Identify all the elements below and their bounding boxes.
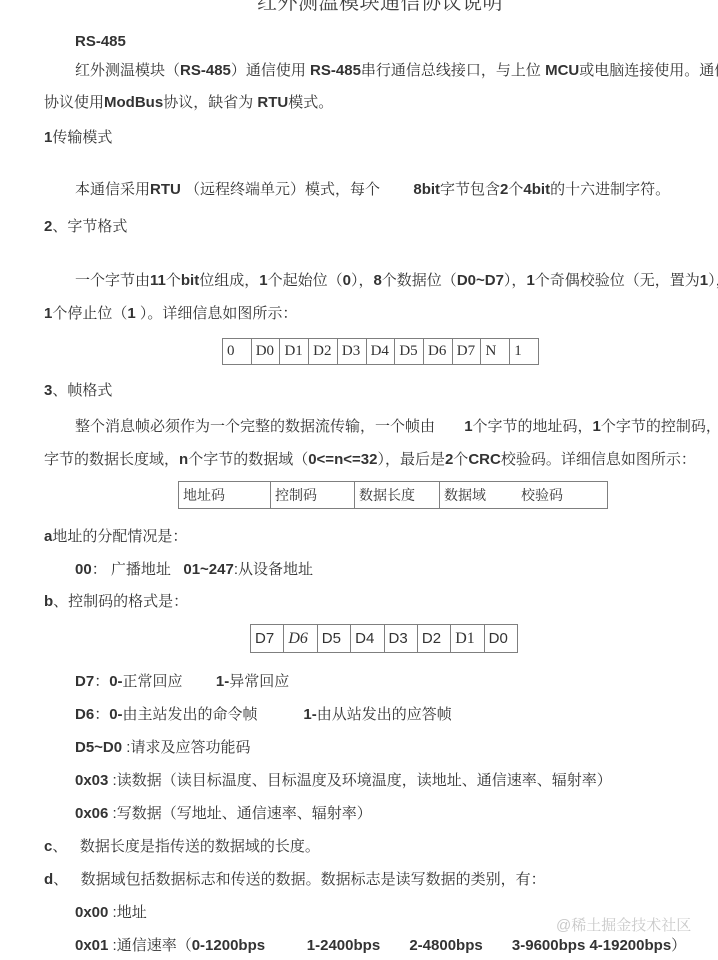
line-d7-definition: D7：0-正常回应 1-异常回应 [75,673,289,690]
table-cell: D3 [337,339,366,365]
table-cell: 1 [510,339,539,365]
line-0x00-address: 0x00 :地址 [75,904,147,921]
document-title: 红外测温模块通信协议说明 [21,0,718,14]
item-c-data-length: c、 数据长度是指传送的数据域的长度。 [44,838,320,855]
paragraph-transmission-mode: 本通信采用RTU （远程终端单元）模式，每个 8bit字节包含2个4bit的十六… [75,181,670,198]
table-cell: 控制码 [271,482,355,509]
byte-format-table: 0 D0 D1 D2 D3 D4 D5 D6 D7 N 1 [222,338,539,365]
table-cell: D5 [317,625,350,653]
table-cell: 数据域 校验码 [440,482,608,509]
table-cell: D4 [366,339,395,365]
item-d-data-field: d、 数据域包括数据标志和传送的数据。数据标志是读写数据的类别，有： [44,871,546,888]
table-cell: D4 [351,625,384,653]
paragraph-intro-line2: 协议使用ModBus协议，缺省为 RTU模式。 [44,94,333,111]
paragraph-byte-format-line1: 一个字节由11个bit位组成，1个起始位（0），8个数据位（D0~D7），1个奇… [75,272,718,289]
paragraph-frame-format-line1: 整个消息帧必须作为一个完整的数据流传输，一个帧由 1个字节的地址码，1个字节的控… [75,418,718,435]
table-cell: D2 [309,339,338,365]
line-address-values: 00： 广播地址 01~247:从设备地址 [75,561,313,578]
table-cell: 数据长度 [355,482,440,509]
table-cell: D2 [417,625,450,653]
line-d5-d0-definition: D5~D0 :请求及应答功能码 [75,739,250,756]
paragraph-frame-format-line2: 字节的数据长度域，n个字节的数据域（0<=n<=32），最后是2个CRC校验码。… [44,451,696,468]
item-a-address-allocation: a地址的分配情况是： [44,528,187,545]
control-code-table: D7 D6 D5 D4 D3 D2 D1 D0 [250,624,518,653]
frame-format-table: 地址码 控制码 数据长度 数据域 校验码 [178,481,608,509]
table-cell: D6 [284,625,317,653]
paragraph-intro-line1: 红外测温模块（RS-485）通信使用 RS-485串行通信总线接口，与上位 MC… [75,62,718,79]
paragraph-byte-format-line2: 1个停止位（1 ）。详细信息如图所示： [44,305,297,322]
heading-rs485: RS-485 [75,33,126,50]
document-page: 红外测温模块通信协议说明 RS-485 红外测温模块（RS-485）通信使用 R… [0,0,718,960]
watermark: @稀土掘金技术社区 [556,917,691,934]
table-cell: 0 [223,339,252,365]
table-row: 0 D0 D1 D2 D3 D4 D5 D6 D7 N 1 [223,339,539,365]
table-cell: D7 [251,625,284,653]
table-cell: 地址码 [179,482,271,509]
table-cell: D3 [384,625,417,653]
table-cell: N [481,339,510,365]
table-cell: D0 [251,339,280,365]
line-d6-definition: D6：0-由主站发出的命令帧 1-由从站发出的应答帧 [75,706,452,723]
heading-frame-format: 3、帧格式 [44,382,112,399]
table-cell: D7 [452,339,481,365]
table-row: 地址码 控制码 数据长度 数据域 校验码 [179,482,608,509]
table-cell: D6 [424,339,453,365]
heading-byte-format: 2、字节格式 [44,218,127,235]
table-cell: D0 [484,625,517,653]
item-b-control-code-format: b、控制码的格式是： [44,593,188,610]
table-cell: D5 [395,339,424,365]
line-0x03-read-data: 0x03 :读数据（读目标温度、目标温度及环境温度，读地址、通信速率、辐射率） [75,772,612,789]
line-0x01-baud-rate: 0x01 :通信速率（0-1200bps 1-2400bps 2-4800bps… [75,937,686,954]
table-cell: D1 [451,625,484,653]
heading-transmission-mode: 1传输模式 [44,129,112,146]
table-cell: D1 [280,339,309,365]
line-0x06-write-data: 0x06 :写数据（写地址、通信速率、辐射率） [75,805,372,822]
table-row: D7 D6 D5 D4 D3 D2 D1 D0 [251,625,518,653]
